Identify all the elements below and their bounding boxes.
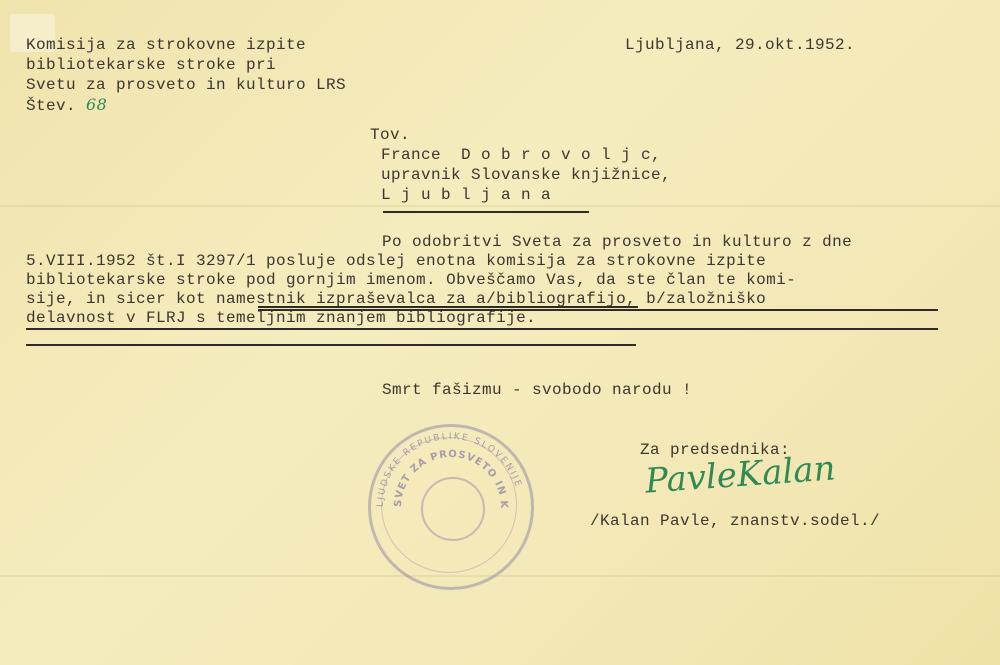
sender-line-2: bibliotekarske stroke pri — [26, 55, 276, 75]
body-line-2: 5.VIII.1952 št.I 3297/1 posluje odslej e… — [26, 251, 766, 271]
recipient-city: L j u b l j a n a — [381, 185, 551, 205]
body-underline-1 — [258, 309, 938, 311]
ref-label: Štev. — [26, 97, 76, 115]
reference-number: Štev. 68 — [26, 95, 107, 116]
body-line-5: delavnost v FLRJ s temeljnim znanjem bib… — [26, 308, 536, 328]
body-underline-2 — [26, 328, 938, 330]
body-line-1: Po odobritvi Sveta za prosveto in kultur… — [382, 232, 852, 252]
sender-line-1: Komisija za strokovne izpite — [26, 35, 306, 55]
paper-crease — [0, 205, 1000, 207]
body-underline-3 — [26, 344, 636, 346]
ref-number-handwritten: 68 — [86, 95, 107, 114]
sender-line-3: Svetu za prosveto in kulturo LRS — [26, 75, 346, 95]
letter-document: Komisija za strokovne izpite bibliotekar… — [0, 0, 1000, 665]
body-line-3: bibliotekarske stroke pod gornjim imenom… — [26, 270, 796, 290]
place-date: Ljubljana, 29.okt.1952. — [625, 35, 855, 55]
recipient-name: France D o b r o v o l j c, — [381, 145, 661, 165]
stamp-text: LJUDSKE REPUBLIKE SLOVENIJE SVET ZA PROS… — [371, 427, 531, 587]
official-stamp: LJUDSKE REPUBLIKE SLOVENIJE SVET ZA PROS… — [368, 424, 534, 590]
signatory-typed-name: /Kalan Pavle, znanstv.sodel./ — [590, 511, 880, 531]
recipient-salutation: Tov. — [370, 125, 410, 145]
body-overline — [258, 306, 638, 308]
recipient-position: upravnik Slovanske knjižnice, — [381, 165, 671, 185]
closing-slogan: Smrt fašizmu - svobodo narodu ! — [382, 380, 692, 400]
recipient-underline — [383, 211, 589, 213]
